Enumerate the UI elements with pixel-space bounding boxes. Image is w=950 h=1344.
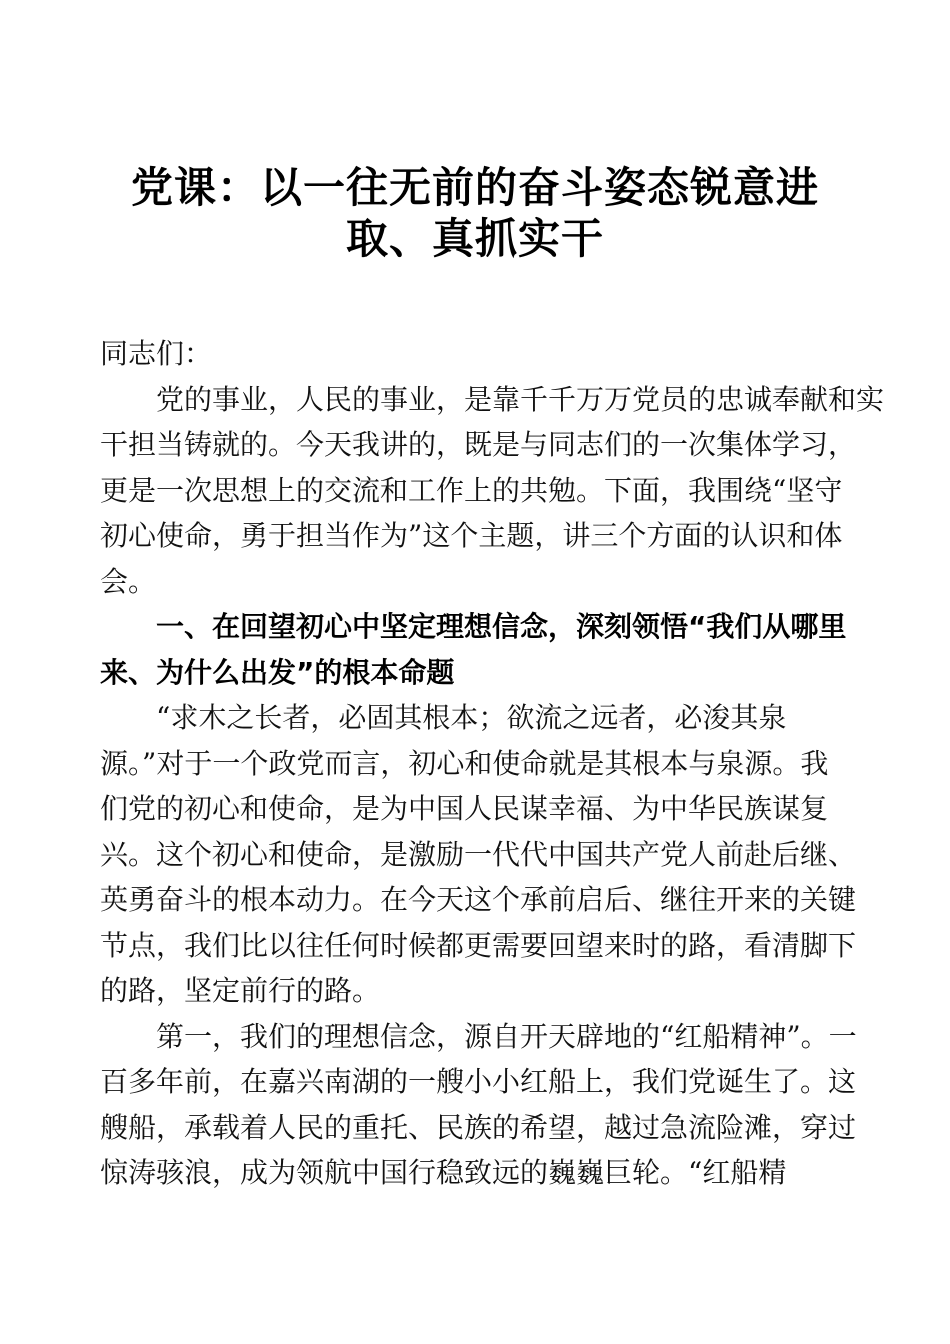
body-text-line: 源。”对于一个政党而言，初心和使命就是其根本与泉源。我 bbox=[100, 741, 852, 787]
document-body: 同志们：党的事业，人民的事业，是靠千千万万党员的忠诚奉献和实干担当铸就的。今天我… bbox=[100, 331, 852, 1196]
body-text-line: 干担当铸就的。今天我讲的，既是与同志们的一次集体学习， bbox=[100, 422, 852, 468]
body-text-line: 会。 bbox=[100, 559, 852, 605]
document-page: 党课：以一往无前的奋斗姿态锐意进 取、真抓实干 同志们：党的事业，人民的事业，是… bbox=[0, 0, 950, 1344]
body-text-line: 英勇奋斗的根本动力。在今天这个承前启后、继往开来的关键 bbox=[100, 877, 852, 923]
body-text-line: 的路，坚定前行的路。 bbox=[100, 968, 852, 1014]
body-text-line: 们党的初心和使命，是为中国人民谋幸福、为中华民族谋复 bbox=[100, 786, 852, 832]
body-text-line: 艘船，承载着人民的重托、民族的希望，越过急流险滩，穿过 bbox=[100, 1105, 852, 1151]
title-line-1: 党课：以一往无前的奋斗姿态锐意进 bbox=[95, 162, 855, 213]
body-text-line: 节点，我们比以往任何时候都更需要回望来时的路，看清脚下 bbox=[100, 923, 852, 969]
body-text-line: 百多年前，在嘉兴南湖的一艘小小红船上，我们党诞生了。这 bbox=[100, 1059, 852, 1105]
body-text-line: 初心使命，勇于担当作为”这个主题，讲三个方面的认识和体 bbox=[100, 513, 852, 559]
body-text-line: 党的事业，人民的事业，是靠千千万万党员的忠诚奉献和实 bbox=[100, 377, 852, 423]
title-line-2: 取、真抓实干 bbox=[95, 213, 855, 264]
body-text-line: 同志们： bbox=[100, 331, 852, 377]
body-text-line: 惊涛骇浪，成为领航中国行稳致远的巍巍巨轮。“红船精 bbox=[100, 1150, 852, 1196]
document-title: 党课：以一往无前的奋斗姿态锐意进 取、真抓实干 bbox=[95, 162, 855, 264]
body-text-line: 第一，我们的理想信念，源自开天辟地的“红船精神”。一 bbox=[100, 1014, 852, 1060]
body-text-line: “求木之长者，必固其根本；欲流之远者，必浚其泉 bbox=[100, 695, 852, 741]
section-heading-line: 一、在回望初心中坚定理想信念，深刻领悟“我们从哪里 bbox=[100, 604, 852, 650]
body-text-line: 更是一次思想上的交流和工作上的共勉。下面，我围绕“坚守 bbox=[100, 468, 852, 514]
body-text-line: 兴。这个初心和使命，是激励一代代中国共产党人前赴后继、 bbox=[100, 832, 852, 878]
section-heading-line: 来、为什么出发”的根本命题 bbox=[100, 650, 852, 696]
